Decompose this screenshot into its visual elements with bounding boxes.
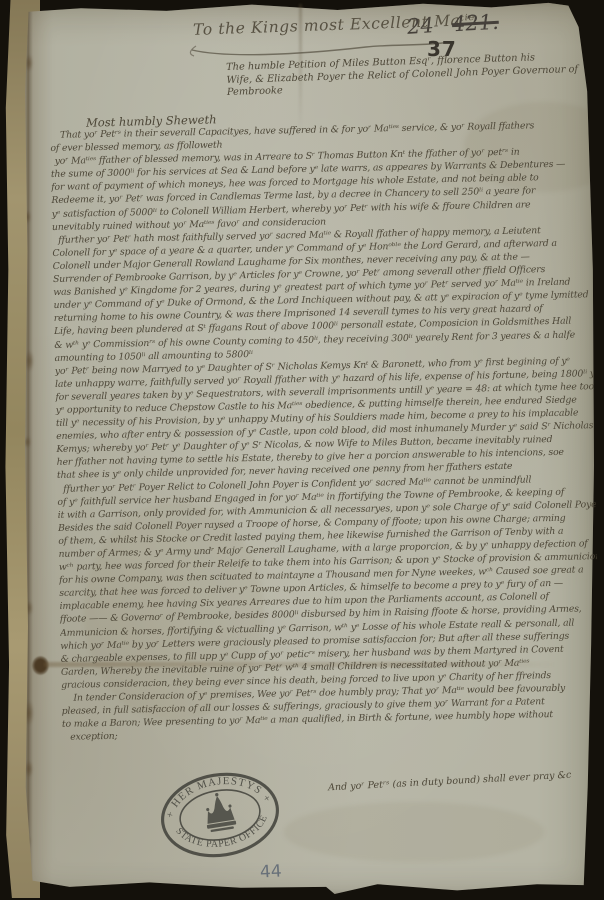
docket-number-24: 24 xyxy=(406,13,434,39)
fold-crease xyxy=(25,2,33,894)
folio-number: 44 xyxy=(259,861,282,882)
crown-icon xyxy=(202,791,237,833)
body-lines: That yoʳ Petʳˢ in their severall Capacit… xyxy=(50,118,602,744)
scanned-manuscript-page: To the Kings most Excellent Maᵗⁱᵉ 24 421… xyxy=(0,0,604,900)
edge-stain xyxy=(25,760,33,778)
state-paper-office-stamp: + HER MAJESTYS + STATE PAPER OFFICE xyxy=(149,759,290,872)
docket-number-struck: 421. xyxy=(451,10,499,36)
edge-stain xyxy=(25,350,34,372)
paper-stain xyxy=(284,802,544,862)
